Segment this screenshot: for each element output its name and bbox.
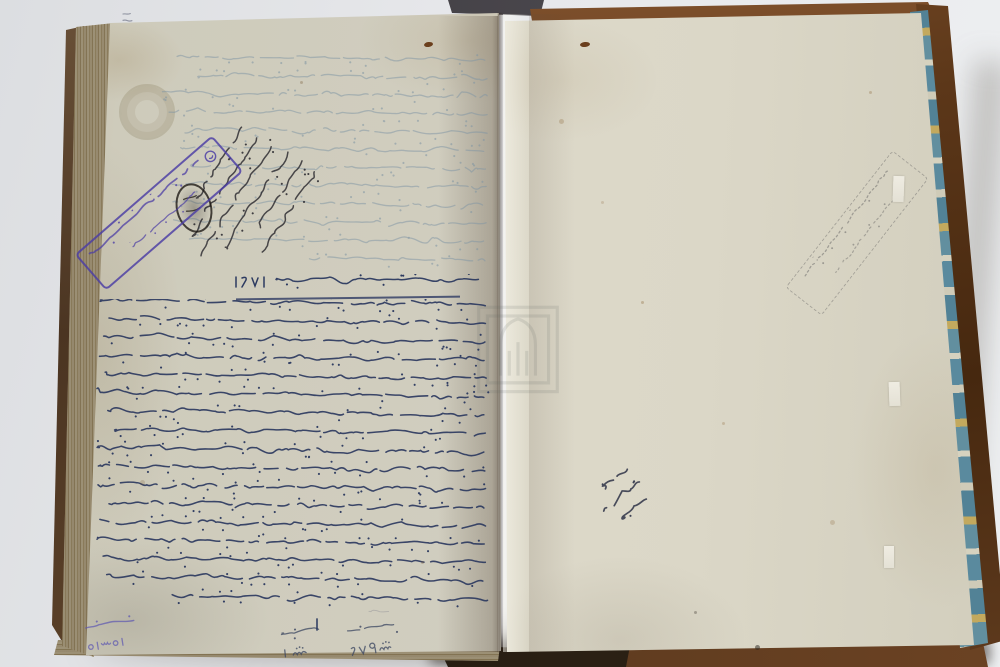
- corner-pencil-mark: [120, 8, 135, 31]
- photo-of-open-manuscript: [0, 0, 1000, 667]
- foxing-specks: [0, 0, 3, 3]
- year-number: [233, 274, 267, 290]
- main-text-block: [94, 299, 490, 621]
- repair-tape: [884, 546, 894, 568]
- repair-tape: [889, 382, 901, 406]
- folio-number: [312, 616, 322, 634]
- repair-tape: [893, 176, 905, 202]
- title-line: [233, 274, 489, 298]
- faint-pencil-mark: [366, 606, 392, 623]
